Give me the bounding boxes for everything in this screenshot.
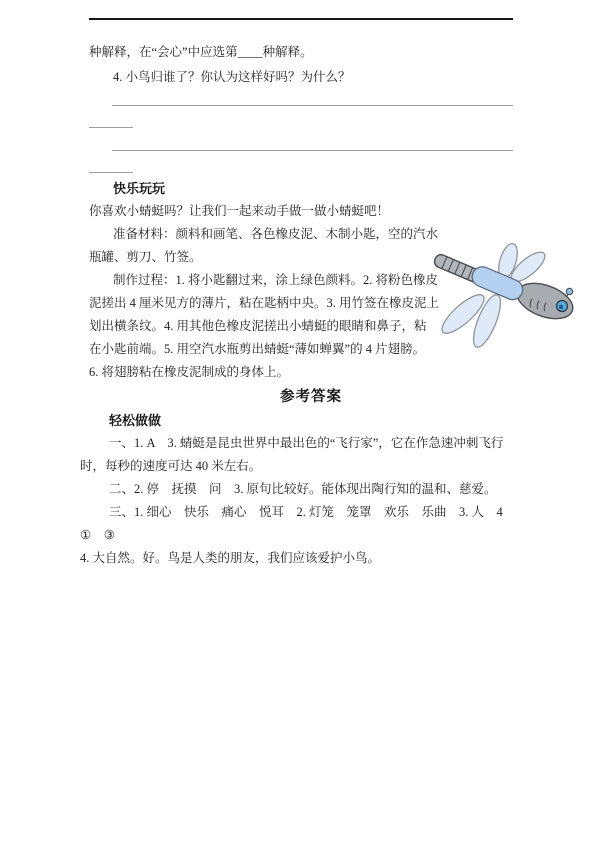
answer-line: 二、2. 停 抚摸 问 3. 原句比较好。能体现出陶行知的温和、慈爱。 <box>80 478 513 501</box>
dragonfly-illustration <box>420 233 596 359</box>
answer-blank-line-2 <box>89 106 133 128</box>
answer-line: 一、1. A 3. 蜻蜓是昆虫世界中最出色的“飞行家”，它在作急速冲刺飞行 <box>80 432 513 455</box>
top-rule-divider <box>89 18 513 20</box>
dragonfly-head <box>512 277 577 326</box>
answer-blank-line-3 <box>112 128 513 151</box>
worksheet-page: 种解释，在“会心”中应选第____种解释。 4. 小鸟归谁了？你认为这样好吗？为… <box>0 0 596 842</box>
dragonfly-craft-icon <box>420 233 596 359</box>
dragonfly-pupil <box>559 305 563 309</box>
happy-play-intro: 你喜欢小蜻蜓吗？让我们一起来动手做一做小蜻蜓吧！ <box>89 200 513 223</box>
happy-play-title: 快乐玩玩 <box>89 177 513 200</box>
answer-blank-line-1 <box>112 89 513 106</box>
answer-line: 三、1. 细心 快乐 痛心 悦耳 2. 灯笼 笼罩 欢乐 乐曲 3. 人 4 <box>80 501 513 524</box>
answers-section: 轻松做做 一、1. A 3. 蜻蜓是昆虫世界中最出色的“飞行家”，它在作急速冲刺… <box>80 409 513 570</box>
exercise-line-continuation: 种解释，在“会心”中应选第____种解释。 <box>89 41 513 64</box>
reference-answers-title: 参考答案 <box>99 386 523 409</box>
answer-line: 4. 大自然。好。鸟是人类的朋友，我们应该爱护小鸟。 <box>80 547 513 570</box>
answer-line: ① ③ <box>80 524 513 547</box>
answers-section-title: 轻松做做 <box>80 409 513 432</box>
exercise-question-4: 4. 小鸟归谁了？你认为这样好吗？为什么？ <box>89 66 513 89</box>
answer-line: 时，每秒的速度可达 40 米左右。 <box>80 455 513 478</box>
antenna-tip <box>566 288 572 294</box>
process-line: 6. 将翅膀粘在橡皮泥制成的身体上。 <box>89 361 513 384</box>
answer-blank-line-4 <box>89 151 133 173</box>
